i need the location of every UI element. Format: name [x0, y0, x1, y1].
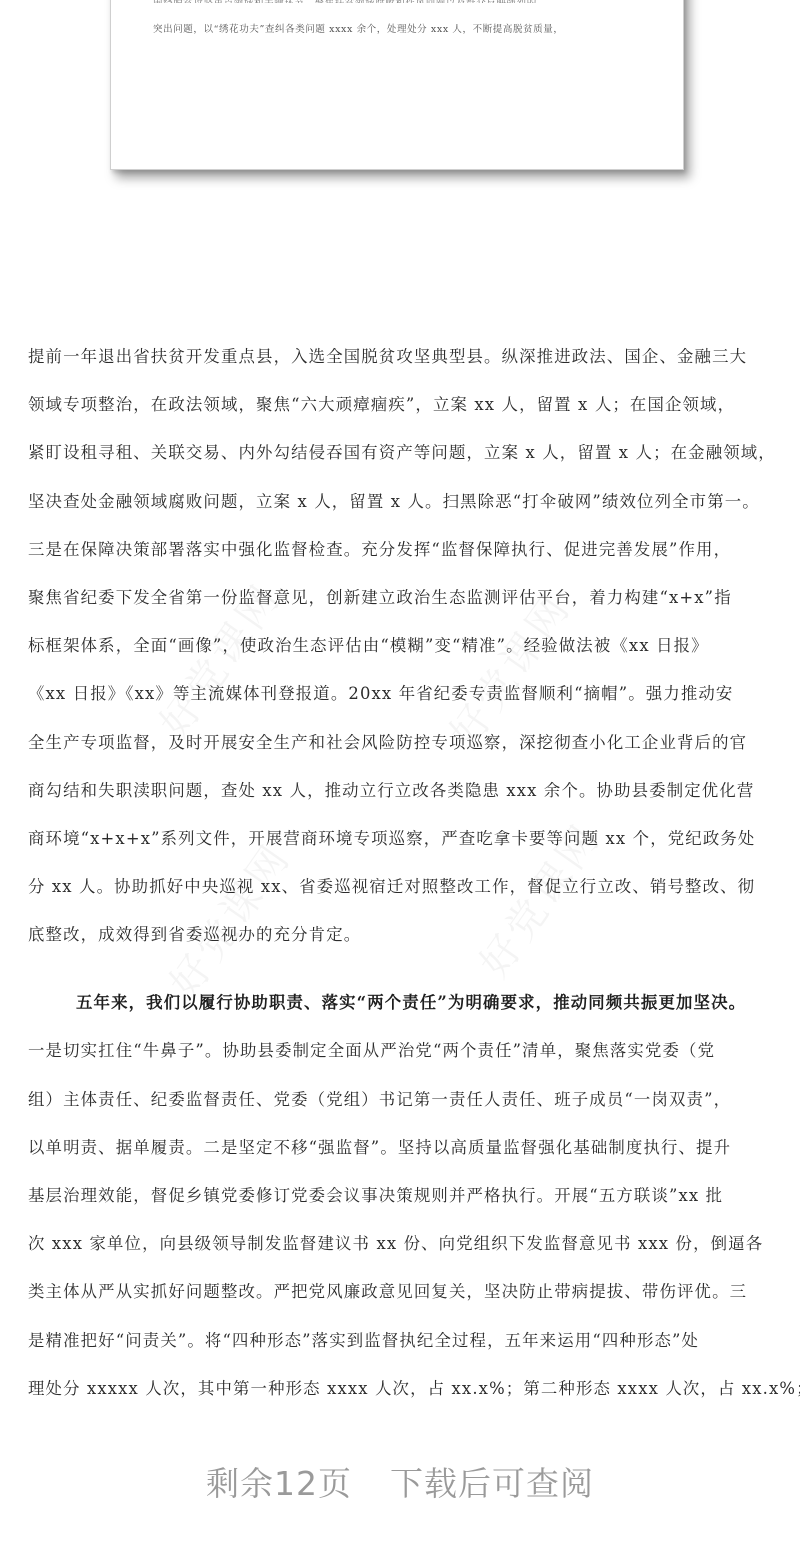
text-line: 三是在保障决策部署落实中强化监督检查。充分发挥“监督保障执行、促进完善发展”作用…	[28, 537, 776, 585]
text-line: 《xx 日报》《xx》等主流媒体刊登报道。20xx 年省纪委专责监督顺利“摘帽”…	[28, 681, 776, 729]
text-line: 是精准把好“问责关”。将“四种形态”落实到监督执纪全过程，五年来运用“四种形态”…	[28, 1328, 776, 1376]
download-hint: 下载后可查阅	[390, 1464, 594, 1503]
document-body: 提前一年退出省扶贫开发重点县，入选全国脱贫攻坚典型县。纵深推进政法、国企、金融三…	[28, 344, 776, 1424]
text-line: 底整改，成效得到省委巡视办的充分肯定。	[28, 922, 776, 990]
text-line: 紧盯设租寻租、关联交易、内外勾结侵吞国有资产等问题，立案 x 人，留置 x 人；…	[28, 440, 776, 488]
section-heading: 五年来，我们以履行协助职责、落实“两个责任”为明确要求，推动同频共振更加坚决。	[28, 990, 776, 1038]
text-line: 一是切实扛住“牛鼻子”。协助县委制定全面从严治党“两个责任”清单，聚焦落实党委（…	[28, 1038, 776, 1086]
text-line: 提前一年退出省扶贫开发重点县，入选全国脱贫攻坚典型县。纵深推进政法、国企、金融三…	[28, 344, 776, 392]
text-line: 基层治理效能，督促乡镇党委修订党委会议事决策规则并严格执行。开展“五方联谈”xx…	[28, 1183, 776, 1231]
remaining-pages-notice[interactable]: 剩余12页下载后可查阅	[0, 1458, 800, 1505]
text-line: 商勾结和失职渎职问题，查处 xx 人，推动立行立改各类隐患 xxx 余个。协助县…	[28, 778, 776, 826]
preview-text-line: 突出问题，以“绣花功夫”查纠各类问题 xxxx 余个，处理处分 xxx 人，不断…	[153, 21, 564, 35]
text-line: 次 xxx 家单位，向县级领导制发监督建议书 xx 份、向党组织下发监督意见书 …	[28, 1231, 776, 1279]
preview-page-card: 围绕脱贫攻坚重点领域和关键环节，聚焦扶贫领域腐败和作风问题以及群众反映强烈的 突…	[110, 0, 684, 170]
text-line: 聚焦省纪委下发全省第一份监督意见，创新建立政治生态监测评估平台，着力构建“x+x…	[28, 585, 776, 633]
text-line: 全生产专项监督，及时开展安全生产和社会风险防控专项巡察，深挖彻查小化工企业背后的…	[28, 730, 776, 778]
preview-text-line: 围绕脱贫攻坚重点领域和关键环节，聚焦扶贫领域腐败和作风问题以及群众反映强烈的	[153, 0, 537, 3]
text-line: 类主体从严从实抓好问题整改。严把党风廉政意见回复关，坚决防止带病提拔、带伤评优。…	[28, 1279, 776, 1327]
text-line: 标框架体系，全面“画像”，使政治生态评估由“模糊”变“精准”。经验做法被《xx …	[28, 633, 776, 681]
text-line: 以单明责、据单履责。二是坚定不移“强监督”。坚持以高质量监督强化基础制度执行、提…	[28, 1135, 776, 1183]
text-line: 领域专项整治，在政法领域，聚焦“六大顽瘴痼疾”，立案 xx 人，留置 x 人；在…	[28, 392, 776, 440]
remaining-pages-count: 剩余12页	[206, 1464, 352, 1503]
text-line: 组）主体责任、纪委监督责任、党委（党组）书记第一责任人责任、班子成员“一岗双责”…	[28, 1087, 776, 1135]
text-line: 商环境“x+x+x”系列文件，开展营商环境专项巡察，严查吃拿卡要等问题 xx 个…	[28, 826, 776, 874]
text-line: 坚决查处金融领域腐败问题，立案 x 人，留置 x 人。扫黑除恶“打伞破网”绩效位…	[28, 489, 776, 537]
text-line: 理处分 xxxxx 人次，其中第一种形态 xxxx 人次，占 xx.x%；第二种…	[28, 1376, 776, 1424]
text-line: 分 xx 人。协助抓好中央巡视 xx、省委巡视宿迁对照整改工作，督促立行立改、销…	[28, 874, 776, 922]
